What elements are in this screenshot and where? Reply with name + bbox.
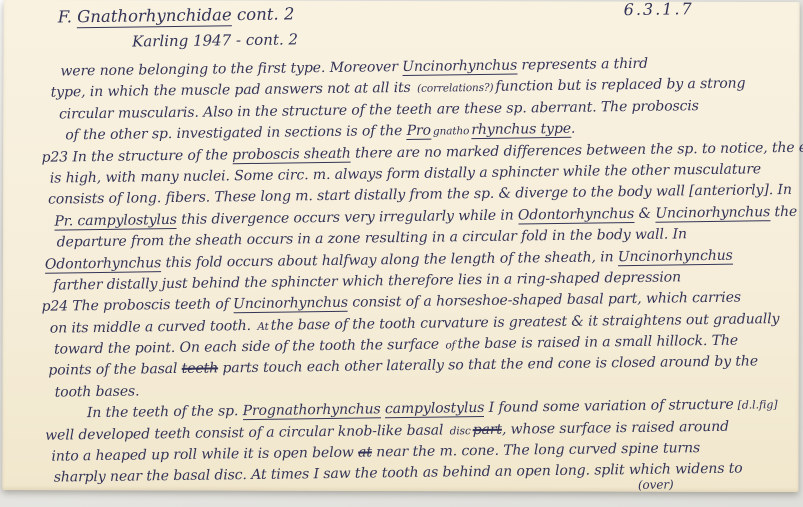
index-card: F. Gnathorhynchidae cont. 2 6.3.1.7 Karl… bbox=[2, 0, 799, 492]
text-segment: this divergence occurs very irregularly … bbox=[177, 207, 518, 227]
text-segment: consist of a horseshoe-shaped basal part… bbox=[348, 290, 741, 311]
underlined-text: Uncinorhynchus bbox=[402, 57, 517, 76]
struck-out-text: at bbox=[358, 444, 372, 460]
text-segment: the bbox=[770, 204, 797, 220]
text-segment: toward the point. On each side of the to… bbox=[54, 337, 444, 358]
title-prefix: F. bbox=[58, 7, 78, 26]
underlined-text: rhynchus type bbox=[471, 121, 571, 139]
inserted-text: of bbox=[445, 339, 455, 351]
underlined-text: Odontorhynchus bbox=[45, 255, 161, 274]
underlined-text: Uncinorhynchus bbox=[233, 295, 348, 314]
inserted-text: (correlations?) bbox=[417, 82, 494, 95]
text-segment: were none belonging to the first type. M… bbox=[60, 59, 402, 79]
text-segment: the base is raised in a small hillock. T… bbox=[457, 333, 738, 353]
underlined-text: Pr. campylostylus bbox=[54, 212, 177, 231]
text-segment: the base of the tooth curvature is great… bbox=[271, 311, 780, 334]
struck-out-text: teeth bbox=[182, 361, 219, 377]
title-suffix: cont. 2 bbox=[232, 4, 295, 24]
text-segment: parts touch each other laterally so that… bbox=[218, 354, 758, 377]
text-segment: represents a third bbox=[517, 56, 648, 74]
text-segment: (over) bbox=[638, 477, 674, 491]
text-segment: there are no marked differences between … bbox=[351, 139, 803, 161]
underlined-text: Uncinorhynchus bbox=[618, 247, 733, 266]
text-segment: of the other sp. investigated in section… bbox=[65, 123, 407, 143]
text-segment: into a heaped up roll while it is open b… bbox=[51, 445, 358, 465]
text-segment: this fold occurs about halfway along the… bbox=[161, 249, 618, 271]
text-segment: . bbox=[571, 121, 576, 137]
title-family-name: Gnathorhynchidae bbox=[77, 5, 232, 28]
margin-note: [d.l.fig] bbox=[738, 398, 778, 412]
underlined-text: Prognathorhynchus bbox=[243, 402, 381, 421]
text-segment: , whose surface is raised around bbox=[502, 418, 729, 437]
inserted-text: At bbox=[257, 320, 269, 332]
underlined-text: campylostylus bbox=[385, 400, 485, 418]
text-segment: In the teeth of the sp. bbox=[87, 403, 243, 421]
text-segment: tooth bases. bbox=[55, 383, 140, 400]
photo-background: F. Gnathorhynchidae cont. 2 6.3.1.7 Karl… bbox=[0, 0, 803, 507]
card-content: F. Gnathorhynchidae cont. 2 6.3.1.7 Karl… bbox=[20, 0, 798, 504]
underlined-text: proboscis sheath bbox=[232, 145, 351, 164]
text-segment: & bbox=[634, 205, 655, 221]
text-segment: well developed teeth consist of a circul… bbox=[45, 422, 448, 443]
struck-out-text: part bbox=[473, 421, 502, 437]
text-segment: on its middle a curved tooth. bbox=[50, 318, 256, 337]
inserted-text: disc bbox=[450, 425, 471, 437]
text-segment: I found some variation of structure bbox=[484, 397, 734, 416]
body-text: were none belonging to the first type. M… bbox=[20, 52, 798, 504]
inserted-text: gnatho bbox=[433, 125, 470, 137]
text-segment: function but is replaced by a strong bbox=[495, 76, 745, 95]
text-segment: p23 In the structure of the bbox=[41, 147, 232, 165]
underlined-text: Odontorhynchus bbox=[518, 206, 634, 225]
underlined-text: Pro bbox=[407, 123, 431, 140]
text-segment: p24 The proboscis teeth of bbox=[41, 297, 233, 316]
date-code: 6.3.1.7 bbox=[624, 0, 694, 19]
card-title: F. Gnathorhynchidae cont. 2 bbox=[58, 4, 295, 26]
text-segment: type, in which the muscle pad answers no… bbox=[51, 80, 416, 101]
text-segment: points of the basal bbox=[48, 361, 182, 379]
underlined-text: Uncinorhynchus bbox=[655, 204, 770, 223]
text-segment: near the m. cone. The long curved spine … bbox=[372, 440, 700, 460]
